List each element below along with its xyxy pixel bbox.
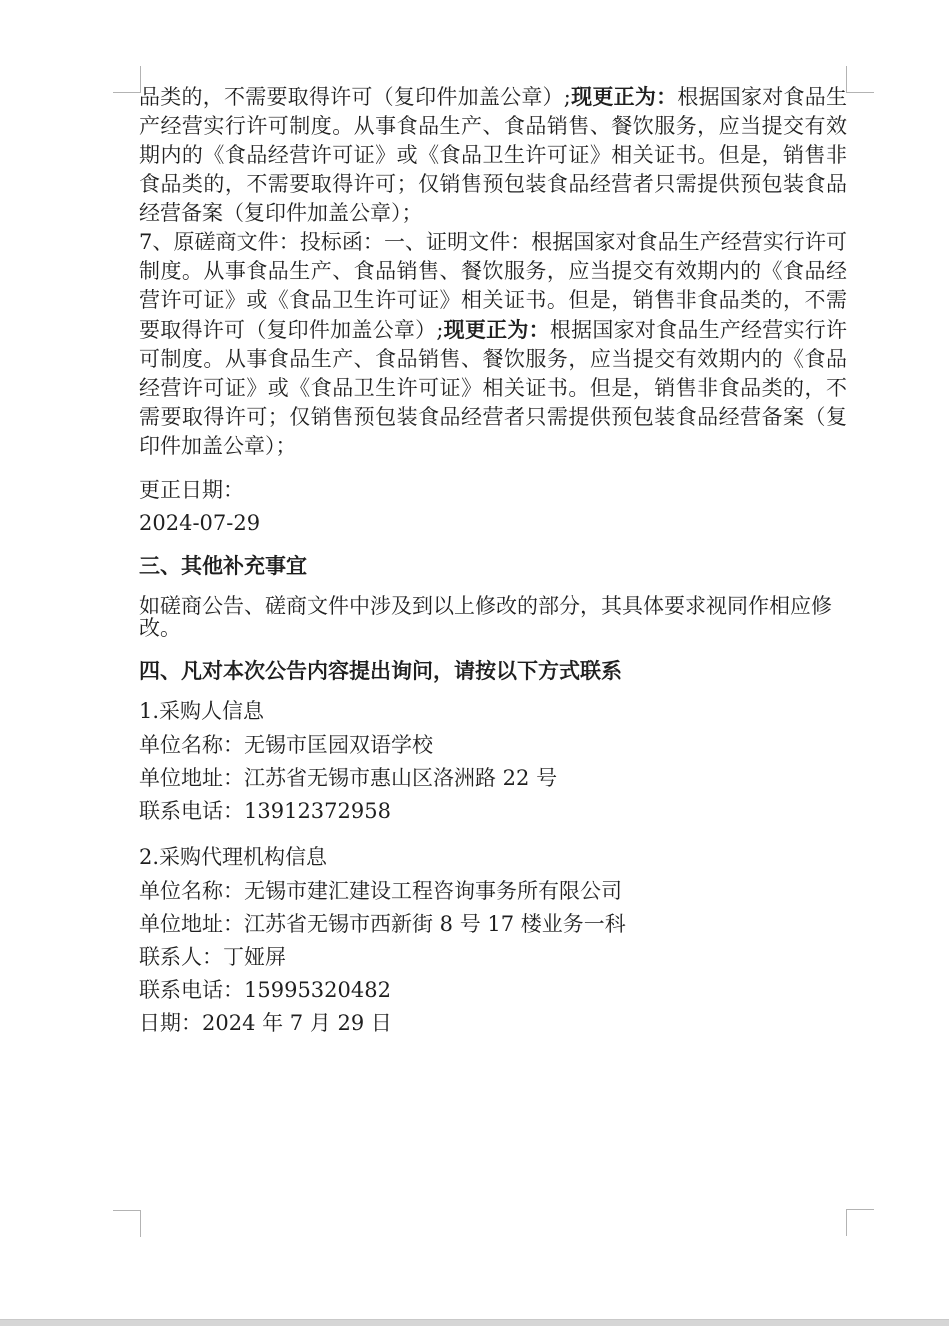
agency-phone: 联系电话：15995320482 — [139, 974, 847, 1007]
agency-unit-address: 单位地址：江苏省无锡市西新街 8 号 17 楼业务一科 — [139, 908, 847, 941]
correction-date-label: 更正日期： — [139, 479, 847, 501]
purchaser-unit-address: 单位地址：江苏省无锡市惠山区洛洲路 22 号 — [139, 762, 847, 795]
section-heading-3: 三、其他补充事宜 — [139, 555, 847, 577]
agency-date: 日期：2024 年 7 月 29 日 — [139, 1007, 847, 1040]
correction-emphasis: 现更正为： — [571, 84, 677, 109]
agency-contact-person: 联系人：丁娅屏 — [139, 941, 847, 974]
crop-mark-top-right — [846, 66, 874, 93]
document-page: 品类的，不需要取得许可（复印件加盖公章）;现更正为：根据国家对食品生产经营实行许… — [0, 0, 949, 1326]
purchaser-phone: 联系电话：13912372958 — [139, 795, 847, 828]
crop-mark-bottom-right — [846, 1209, 874, 1236]
purchaser-info-title: 1.采购人信息 — [139, 700, 847, 722]
agency-info-block: 单位名称：无锡市建汇建设工程咨询事务所有限公司 单位地址：江苏省无锡市西新街 8… — [139, 875, 847, 1040]
horizontal-scrollbar[interactable] — [0, 1319, 949, 1326]
agency-unit-name: 单位名称：无锡市建汇建设工程咨询事务所有限公司 — [139, 875, 847, 908]
correction-date-value: 2024-07-29 — [139, 512, 847, 534]
paragraph-item7: 7、原磋商文件：投标函：一、证明文件：根据国家对食品生产经营实行许可制度。从事食… — [139, 228, 847, 461]
document-body: 品类的，不需要取得许可（复印件加盖公章）;现更正为：根据国家对食品生产经营实行许… — [139, 82, 847, 1040]
paragraph-continuation-text: 品类的，不需要取得许可（复印件加盖公章）; — [139, 85, 571, 109]
correction-emphasis: 现更正为： — [443, 317, 549, 342]
crop-mark-top-left — [113, 66, 141, 93]
paragraph-continuation: 品类的，不需要取得许可（复印件加盖公章）;现更正为：根据国家对食品生产经营实行许… — [139, 82, 847, 228]
section-3-body: 如磋商公告、磋商文件中涉及到以上修改的部分，其具体要求视同作相应修改。 — [139, 595, 847, 639]
agency-info-title: 2.采购代理机构信息 — [139, 846, 847, 868]
purchaser-unit-name: 单位名称：无锡市匡园双语学校 — [139, 729, 847, 762]
crop-mark-bottom-left — [113, 1210, 141, 1237]
purchaser-info-block: 单位名称：无锡市匡园双语学校 单位地址：江苏省无锡市惠山区洛洲路 22 号 联系… — [139, 729, 847, 828]
section-heading-4: 四、凡对本次公告内容提出询问，请按以下方式联系 — [139, 660, 847, 682]
